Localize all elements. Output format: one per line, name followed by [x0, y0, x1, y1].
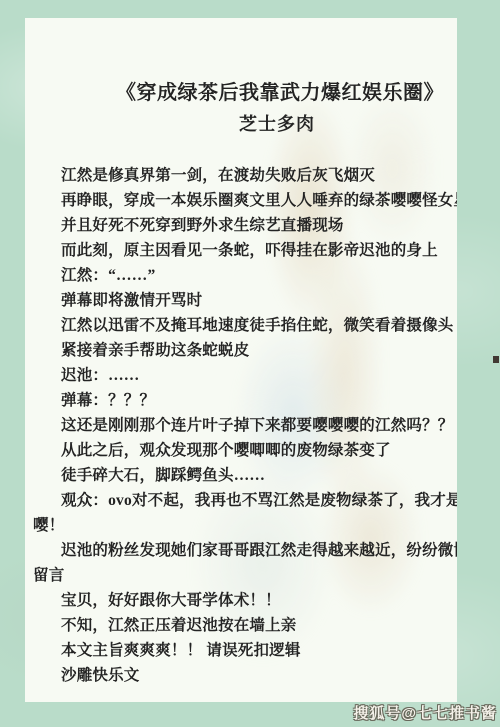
card-header: 《穿成绿茶后我靠武力爆红娱乐圈》 芝士多肉 — [25, 80, 457, 136]
body-line: 弹幕：？？？ — [33, 388, 457, 413]
body-line: 弹幕即将激情开骂时 — [33, 288, 457, 313]
body-line: 这还是刚刚那个连片叶子掉下来都要嘤嘤嘤的江然吗？？ — [33, 413, 457, 438]
body-line: 从此之后，观众发现那个嘤唧唧的废物绿茶变了 — [33, 438, 457, 463]
body-line: 宝贝，好好跟你大哥学体术！！ — [33, 588, 457, 613]
body-line: 江然是修真界第一剑，在渡劫失败后灰飞烟灭 — [33, 163, 457, 188]
body-line: 观众：ovo对不起，我再也不骂江然是废物绿茶了，我才是， — [33, 488, 457, 513]
body-line: 本文主旨爽爽爽！！ 请误死扣逻辑 — [33, 638, 457, 663]
book-rec-card: 《穿成绿茶后我靠武力爆红娱乐圈》 芝士多肉 江然是修真界第一剑，在渡劫失败后灰飞… — [0, 0, 500, 727]
body-line: 迟池的粉丝发现她们家哥哥跟江然走得越来越近，纷纷微博 — [33, 538, 457, 563]
paper-panel: 《穿成绿茶后我靠武力爆红娱乐圈》 芝士多肉 江然是修真界第一剑，在渡劫失败后灰飞… — [25, 18, 457, 702]
body-line: 嘤！ — [33, 513, 457, 538]
body-line: 不知，江然正压着迟池按在墙上亲 — [33, 613, 457, 638]
body-line: 迟池：…… — [33, 363, 457, 388]
book-title: 《穿成绿茶后我靠武力爆红娱乐圈》 — [25, 80, 457, 106]
body-line: 并且好死不死穿到野外求生综艺直播现场 — [33, 213, 457, 238]
body-line: 紧接着亲手帮助这条蛇蜕皮 — [33, 338, 457, 363]
body-line: 徒手碎大石，脚踩鳄鱼头…… — [33, 463, 457, 488]
body-line: 沙雕快乐文 — [33, 663, 457, 688]
edge-artifact — [493, 356, 499, 363]
body-line: 再睁眼，穿成一本娱乐圈爽文里人人唾弃的绿茶嘤嘤怪女星 — [33, 188, 457, 213]
book-author: 芝士多肉 — [25, 112, 457, 136]
watermark-text: 搜狐号@七七推书酱 — [353, 702, 497, 723]
body-line: 江然：“……” — [33, 263, 457, 288]
body-line: 而此刻，原主因看见一条蛇，吓得挂在影帝迟池的身上 — [33, 238, 457, 263]
body-line: 江然以迅雷不及掩耳地速度徒手掐住蛇，微笑看着摄像头 — [33, 313, 457, 338]
body-lines: 江然是修真界第一剑，在渡劫失败后灰飞烟灭再睁眼，穿成一本娱乐圈爽文里人人唾弃的绿… — [33, 163, 457, 688]
body-line: 留言 — [33, 563, 457, 588]
